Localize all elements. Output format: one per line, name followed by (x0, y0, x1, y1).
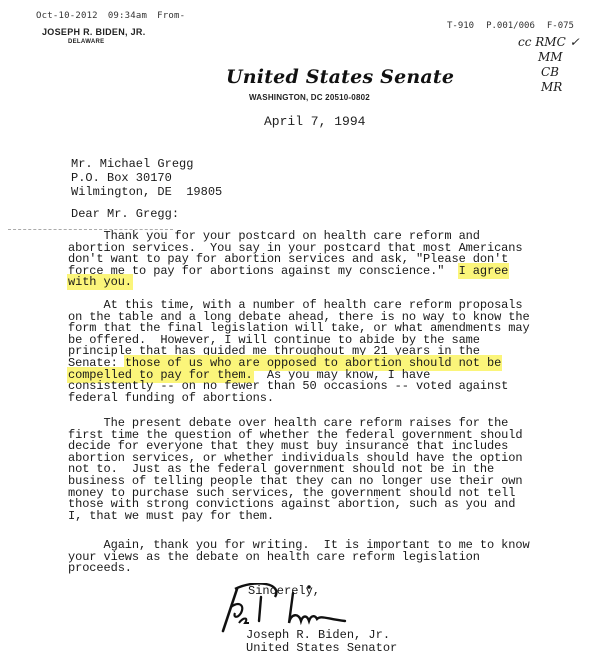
body-paragraph-4: Again, thank you for writing. It is impo… (68, 540, 588, 575)
handwritten-note: cc RMC ✓ (518, 35, 580, 49)
letterhead-title: United States Senate (226, 66, 454, 88)
recipient-address: Mr. Michael Gregg P.O. Box 30170 Wilming… (71, 157, 222, 199)
text-line: force me to pay for abortions against my… (68, 266, 588, 278)
sender-name: JOSEPH R. BIDEN, JR. (42, 27, 146, 37)
handwritten-note: CB (541, 65, 559, 79)
signature-block: Joseph R. Biden, Jr. United States Senat… (246, 629, 397, 655)
recipient-name: Mr. Michael Gregg (71, 157, 222, 171)
highlighted-text: I agree (459, 264, 509, 278)
text-line: your views as the debate on health care … (68, 552, 588, 564)
handwritten-signature (205, 583, 355, 633)
handwritten-note: MM (538, 50, 563, 64)
fax-from-label: From- (157, 11, 185, 21)
fax-header: Oct-10-201209:34amFrom- (36, 11, 195, 21)
body-paragraph-1: Thank you for your postcard on health ca… (68, 231, 588, 289)
highlighted-text: with you. (68, 275, 132, 289)
handwritten-note: MR (541, 80, 562, 94)
recipient-po-box: P.O. Box 30170 (71, 171, 222, 185)
sender-state: DELAWARE (68, 39, 104, 45)
text-line: with you. (68, 277, 588, 289)
fax-page-number: P.001/006 (486, 21, 535, 31)
text-line: federal funding of abortions. (68, 393, 588, 405)
fax-date: Oct-10-2012 (36, 11, 98, 21)
letterhead-address: WASHINGTON, DC 20510-0802 (249, 93, 370, 102)
body-paragraph-2: At this time, with a number of health ca… (68, 300, 588, 404)
body-paragraph-3: The present debate over health care refo… (68, 418, 588, 522)
fax-transmission-id: T-910 (447, 21, 474, 31)
letter-date: April 7, 1994 (264, 114, 365, 129)
fax-time: 09:34am (108, 11, 147, 21)
signer-title: United States Senator (246, 642, 397, 655)
text-line: I, that we must pay for them. (68, 511, 588, 523)
fax-transmission-info: T-910P.001/006F-075 (447, 21, 586, 31)
fax-code: F-075 (547, 21, 574, 31)
recipient-city: Wilmington, DE 19805 (71, 185, 222, 199)
salutation: Dear Mr. Gregg: (71, 207, 179, 221)
text-line: proceeds. (68, 563, 588, 575)
